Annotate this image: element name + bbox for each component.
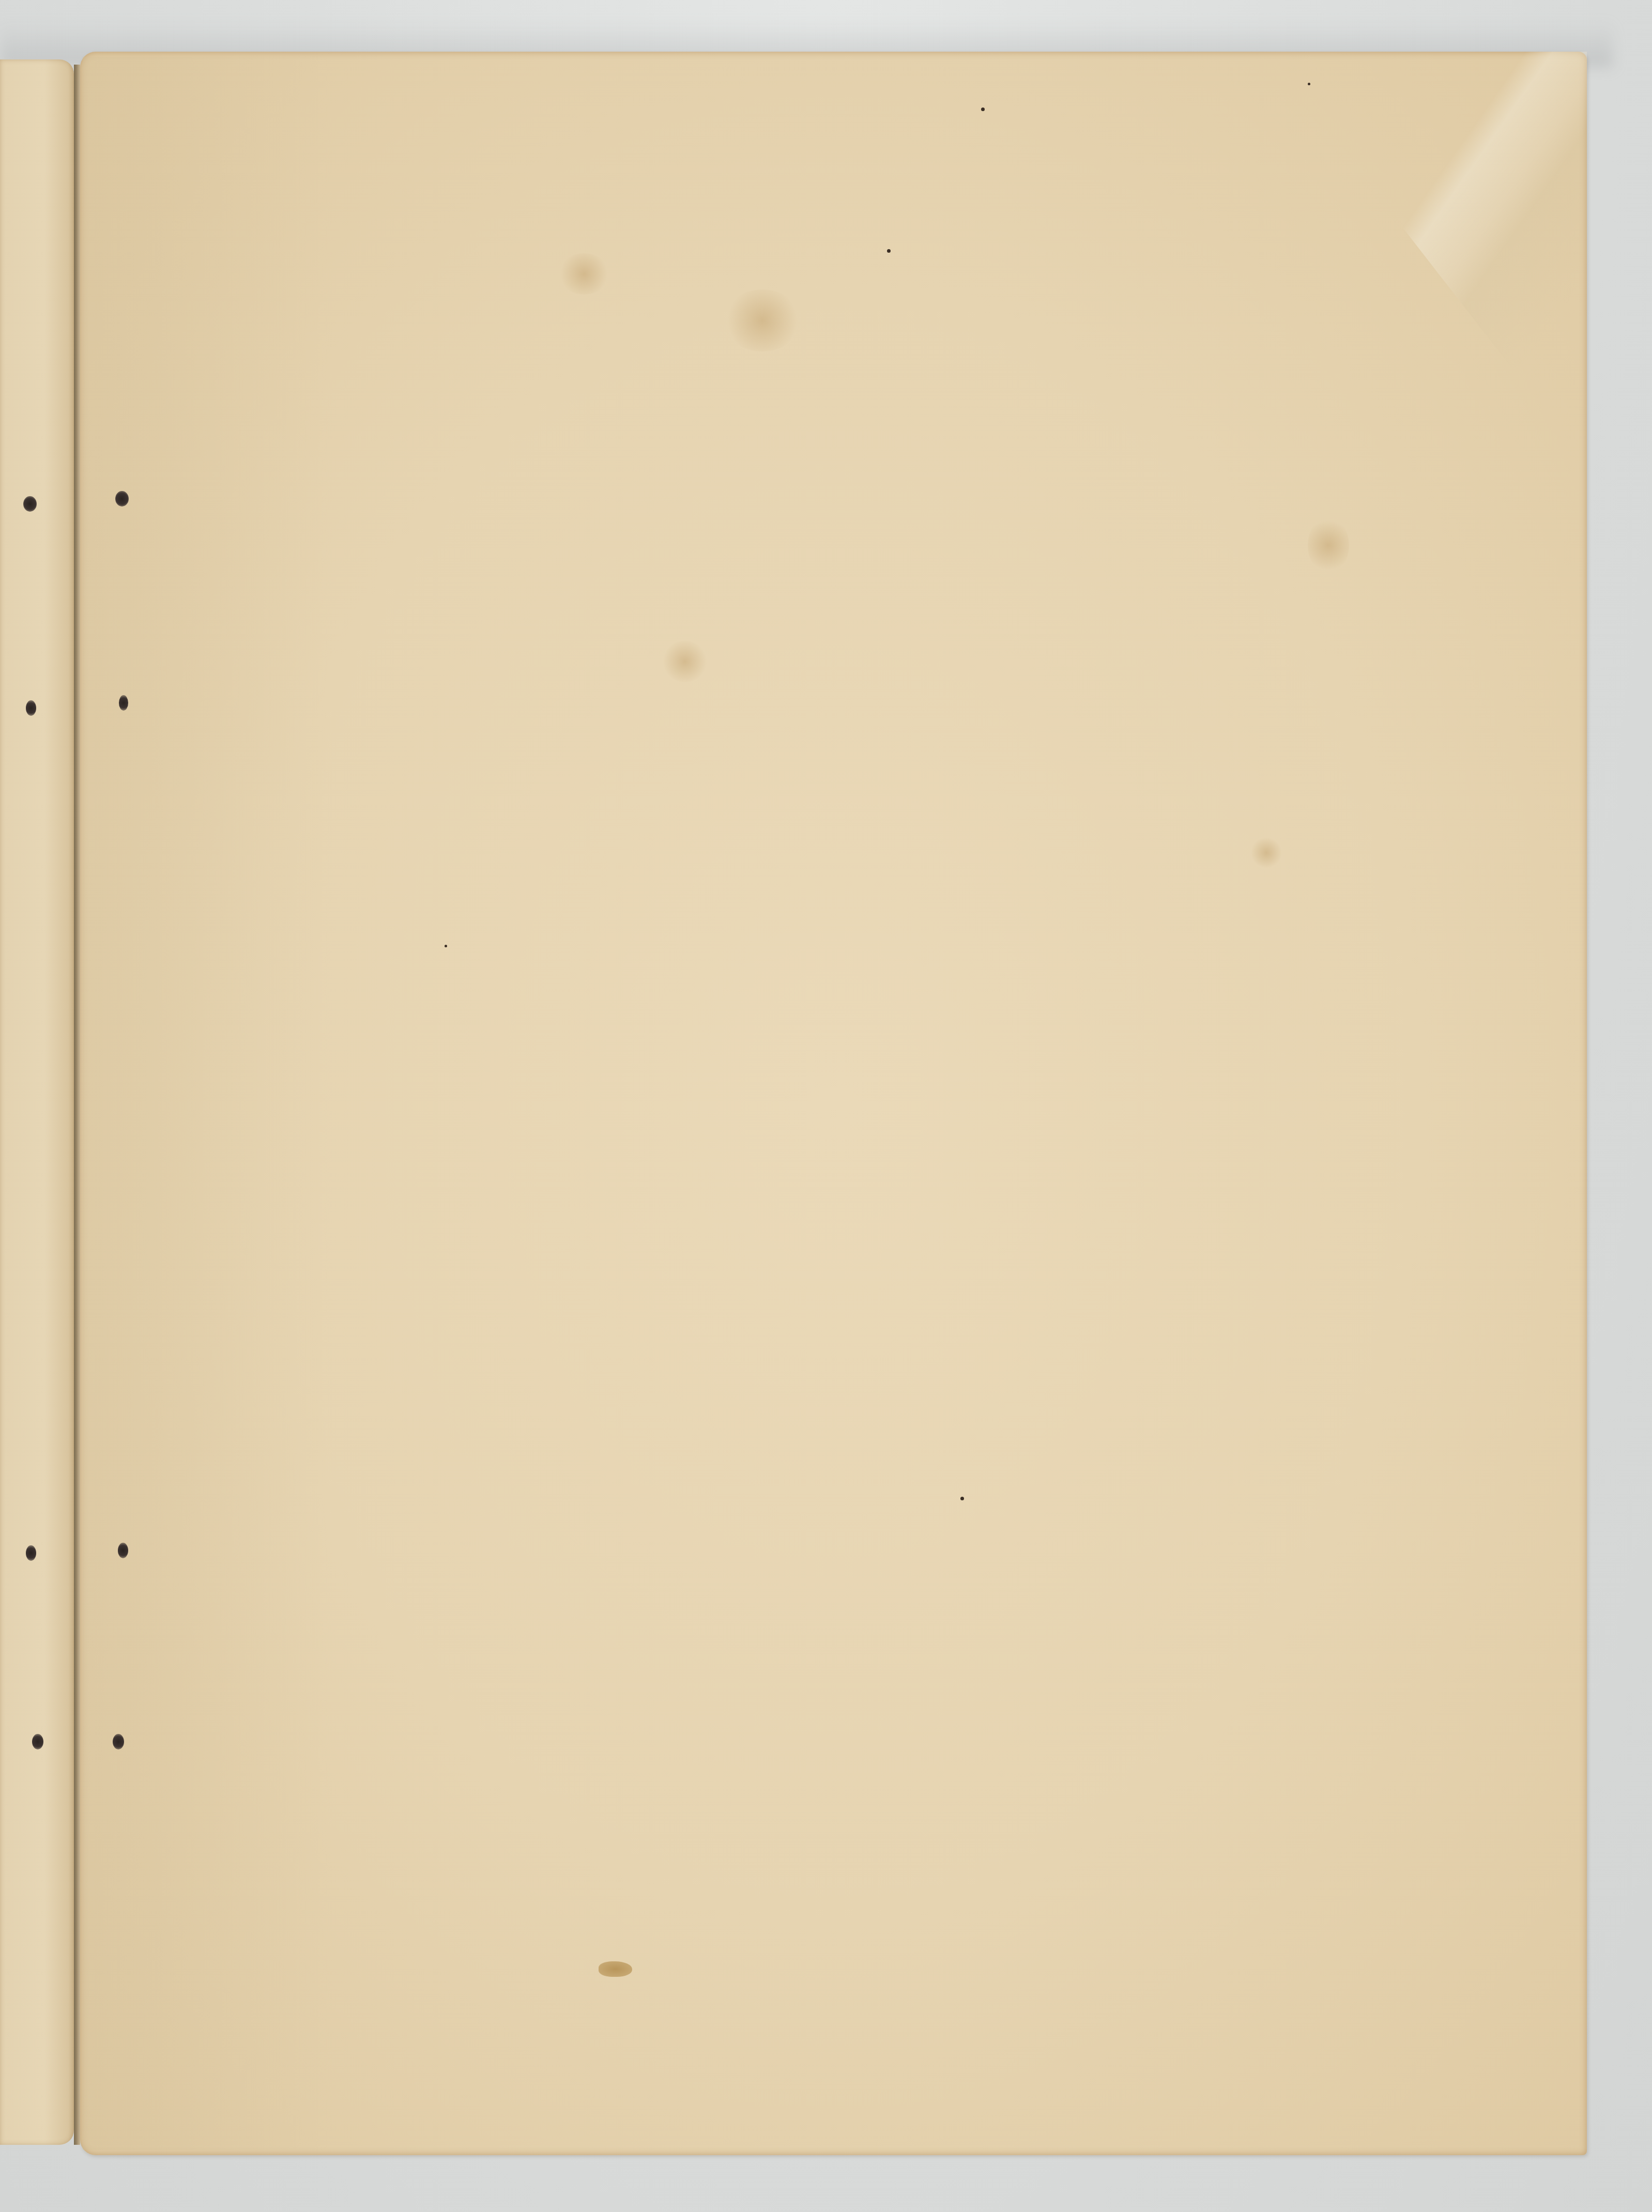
foxing-stain xyxy=(724,289,801,351)
binding-hole xyxy=(23,496,37,512)
paper-speck xyxy=(981,107,985,111)
binding-hole xyxy=(32,1734,43,1749)
paper-speck xyxy=(445,945,447,947)
binding-gutter xyxy=(74,65,80,2145)
facing-page-edge xyxy=(0,59,74,2145)
binding-hole xyxy=(26,700,36,716)
foxing-stain xyxy=(558,253,610,295)
paper-speck xyxy=(960,1497,964,1500)
binding-hole xyxy=(115,491,129,506)
binding-hole xyxy=(113,1734,124,1749)
binding-hole xyxy=(26,1545,36,1561)
paper-speck xyxy=(887,249,891,253)
inner-margin-shade xyxy=(83,57,331,2150)
binding-hole xyxy=(119,695,128,711)
paper-speck xyxy=(1308,83,1310,85)
binding-hole xyxy=(118,1543,128,1558)
paper-blemish xyxy=(599,1961,632,1977)
foxing-stain xyxy=(1251,837,1282,868)
foxing-stain xyxy=(1308,517,1349,574)
foxing-stain xyxy=(662,641,708,682)
